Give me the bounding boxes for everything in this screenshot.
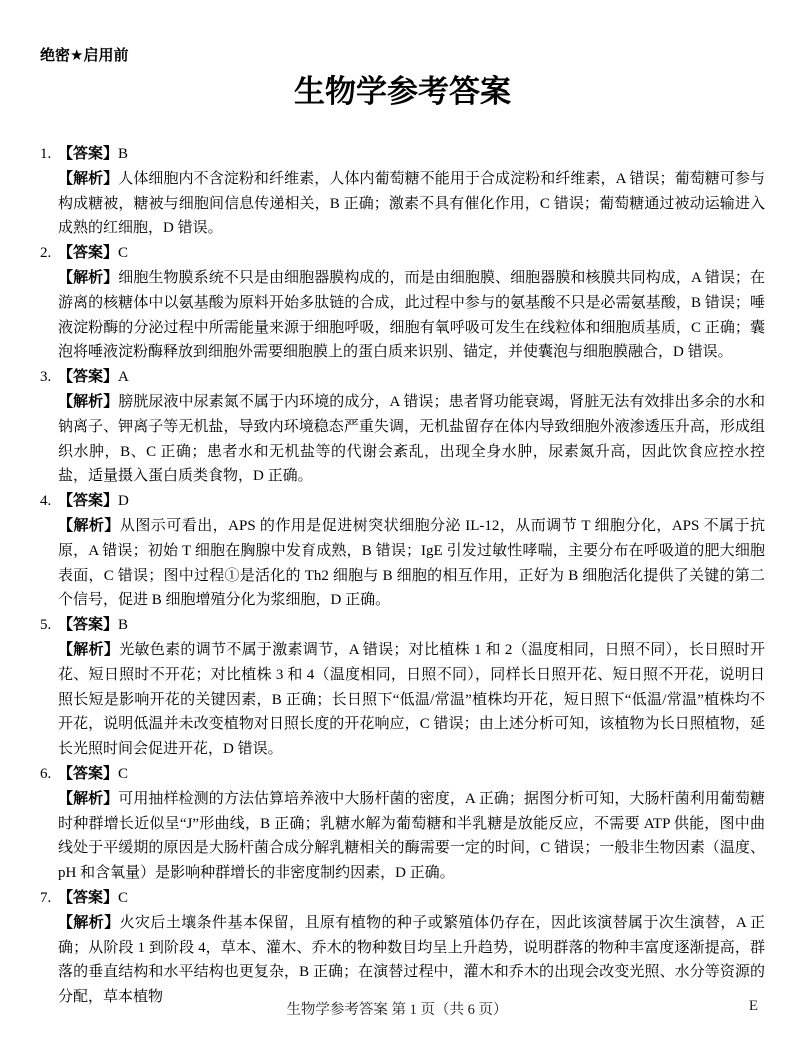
answer-label: 【答案】 [58, 766, 118, 782]
question-item-7: 7. 【答案】C 【解析】火灾后土壤条件基本保留，且原有植物的种子或繁殖体仍存在… [40, 886, 765, 1010]
question-body: 【答案】C 【解析】可用抽样检测的方法估算培养液中大肠杆菌的密度，A 正确；据图… [58, 762, 765, 886]
answer-label: 【答案】 [58, 369, 118, 385]
answer-value: B [118, 617, 128, 633]
question-item-1: 1. 【答案】B 【解析】人体细胞内不含淀粉和纤维素，人体内葡萄糖不能用于合成淀… [40, 142, 765, 241]
analysis-paragraph: 【解析】光敏色素的调节不属于激素调节，A 错误；对比植株 1 和 2（温度相同，… [58, 638, 765, 762]
analysis-label: 【解析】 [58, 791, 118, 807]
answer-label: 【答案】 [58, 146, 118, 162]
question-item-4: 4. 【答案】D 【解析】从图示可看出，APS 的作用是促进树突状细胞分泌 IL… [40, 489, 765, 613]
analysis-label: 【解析】 [58, 270, 118, 286]
analysis-paragraph: 【解析】细胞生物膜系统不只是由细胞器膜构成的，而是由细胞膜、细胞器膜和核膜共同构… [58, 266, 765, 365]
analysis-paragraph: 【解析】火灾后土壤条件基本保留，且原有植物的种子或繁殖体仍存在，因此该演替属于次… [58, 911, 765, 1010]
question-number: 1. [40, 142, 58, 241]
question-number: 4. [40, 489, 58, 613]
question-item-5: 5. 【答案】B 【解析】光敏色素的调节不属于激素调节，A 错误；对比植株 1 … [40, 613, 765, 762]
question-number: 7. [40, 886, 58, 1010]
question-body: 【答案】C 【解析】细胞生物膜系统不只是由细胞器膜构成的，而是由细胞膜、细胞器膜… [58, 241, 765, 365]
answer-value: B [118, 146, 128, 162]
answer-value: C [118, 766, 128, 782]
question-body: 【答案】A 【解析】膀胱尿液中尿素氮不属于内环境的成分，A 错误；患者肾功能衰竭… [58, 365, 765, 489]
answer-line: 【答案】C [58, 762, 765, 787]
analysis-paragraph: 【解析】人体细胞内不含淀粉和纤维素，人体内葡萄糖不能用于合成淀粉和纤维素，A 错… [58, 167, 765, 241]
analysis-paragraph: 【解析】膀胱尿液中尿素氮不属于内环境的成分，A 错误；患者肾功能衰竭，肾脏无法有… [58, 390, 765, 489]
question-list: 1. 【答案】B 【解析】人体细胞内不含淀粉和纤维素，人体内葡萄糖不能用于合成淀… [40, 142, 765, 1010]
page-title: 生物学参考答案 [40, 72, 765, 112]
analysis-label: 【解析】 [58, 171, 118, 187]
page-number-label: 生物学参考答案 第 1 页（共 6 页） [286, 1002, 507, 1018]
classification-label: 绝密★启用前 [40, 46, 765, 66]
answer-value: C [118, 890, 128, 906]
answer-line: 【答案】B [58, 142, 765, 167]
analysis-label: 【解析】 [58, 642, 119, 658]
answer-label: 【答案】 [58, 493, 118, 509]
question-number: 6. [40, 762, 58, 886]
analysis-paragraph: 【解析】从图示可看出，APS 的作用是促进树突状细胞分泌 IL-12，从而调节 … [58, 514, 765, 613]
answer-line: 【答案】C [58, 886, 765, 911]
analysis-text: 光敏色素的调节不属于激素调节，A 错误；对比植株 1 和 2（温度相同，日照不同… [58, 642, 765, 757]
question-item-2: 2. 【答案】C 【解析】细胞生物膜系统不只是由细胞器膜构成的，而是由细胞膜、细… [40, 241, 765, 365]
analysis-text: 从图示可看出，APS 的作用是促进树突状细胞分泌 IL-12，从而调节 T 细胞… [58, 518, 765, 608]
answer-label: 【答案】 [58, 245, 118, 261]
analysis-label: 【解析】 [58, 518, 120, 534]
analysis-text: 可用抽样检测的方法估算培养液中大肠杆菌的密度，A 正确；据图分析可知，大肠杆菌利… [58, 791, 765, 881]
answer-value: A [118, 369, 129, 385]
question-number: 5. [40, 613, 58, 762]
answer-line: 【答案】D [58, 489, 765, 514]
page-footer: 生物学参考答案 第 1 页（共 6 页） E [0, 998, 794, 1023]
question-number: 2. [40, 241, 58, 365]
question-body: 【答案】B 【解析】人体细胞内不含淀粉和纤维素，人体内葡萄糖不能用于合成淀粉和纤… [58, 142, 765, 241]
answer-line: 【答案】C [58, 241, 765, 266]
question-body: 【答案】B 【解析】光敏色素的调节不属于激素调节，A 错误；对比植株 1 和 2… [58, 613, 765, 762]
answer-label: 【答案】 [58, 617, 118, 633]
edition-mark: E [749, 998, 758, 1015]
analysis-text: 人体细胞内不含淀粉和纤维素，人体内葡萄糖不能用于合成淀粉和纤维素，A 错误；葡萄… [58, 171, 765, 237]
question-number: 3. [40, 365, 58, 489]
analysis-text: 火灾后土壤条件基本保留，且原有植物的种子或繁殖体仍存在，因此该演替属于次生演替，… [58, 915, 765, 1005]
question-body: 【答案】C 【解析】火灾后土壤条件基本保留，且原有植物的种子或繁殖体仍存在，因此… [58, 886, 765, 1010]
analysis-text: 膀胱尿液中尿素氮不属于内环境的成分，A 错误；患者肾功能衰竭，肾脏无法有效排出多… [58, 394, 765, 484]
analysis-label: 【解析】 [58, 394, 118, 410]
analysis-text: 细胞生物膜系统不只是由细胞器膜构成的，而是由细胞膜、细胞器膜和核膜共同构成，A … [58, 270, 765, 360]
question-item-3: 3. 【答案】A 【解析】膀胱尿液中尿素氮不属于内环境的成分，A 错误；患者肾功… [40, 365, 765, 489]
analysis-label: 【解析】 [58, 915, 120, 931]
answer-line: 【答案】A [58, 365, 765, 390]
answer-value: C [118, 245, 128, 261]
answer-line: 【答案】B [58, 613, 765, 638]
question-item-6: 6. 【答案】C 【解析】可用抽样检测的方法估算培养液中大肠杆菌的密度，A 正确… [40, 762, 765, 886]
answer-value: D [118, 493, 129, 509]
analysis-paragraph: 【解析】可用抽样检测的方法估算培养液中大肠杆菌的密度，A 正确；据图分析可知，大… [58, 787, 765, 886]
question-body: 【答案】D 【解析】从图示可看出，APS 的作用是促进树突状细胞分泌 IL-12… [58, 489, 765, 613]
answer-key-page: 绝密★启用前 生物学参考答案 1. 【答案】B 【解析】人体细胞内不含淀粉和纤维… [0, 0, 794, 1059]
answer-label: 【答案】 [58, 890, 118, 906]
